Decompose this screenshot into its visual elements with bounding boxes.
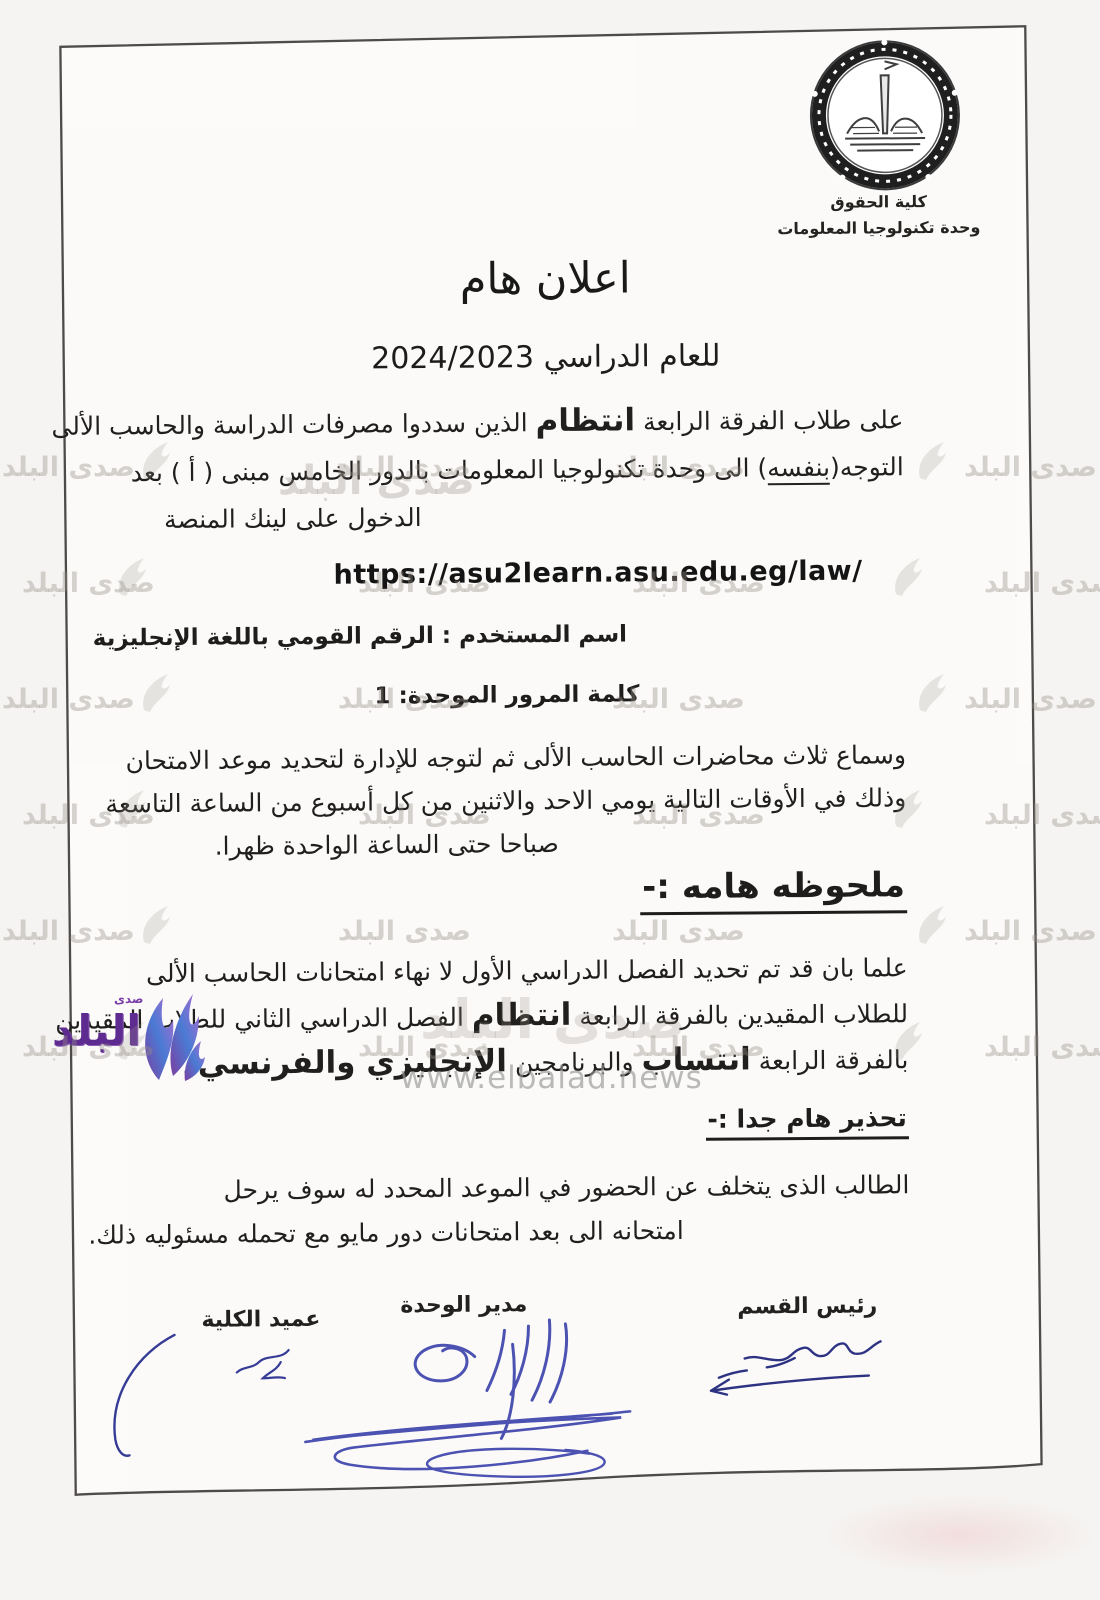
text-line: صباحا حتى الساعة الواحدة ظهرا. bbox=[166, 819, 906, 868]
text-line: وذلك في الأوقات التالية يومي الاحد والاث… bbox=[166, 776, 906, 825]
text-line: بالفرقة الرابعة انتساب والبرنامجين الإنج… bbox=[164, 1036, 908, 1088]
paragraph-schedule: وسماع ثلاث محاضرات الحاسب الألى ثم لتوجه… bbox=[166, 733, 907, 868]
text-line: على طلاب الفرقة الرابعة انتظام الذين سدد… bbox=[163, 395, 903, 449]
important-note-heading: ملحوظه هامه :- bbox=[640, 865, 907, 915]
announcement-title: اعلان هام bbox=[62, 250, 1028, 308]
text-line: وسماع ثلاث محاضرات الحاسب الألى ثم لتوجه… bbox=[166, 733, 906, 782]
text-line: للطلاب المقيدين بالفرقة الرابعة انتظام ا… bbox=[164, 990, 908, 1042]
signature-label-unit-director: مدير الوحدة bbox=[400, 1292, 527, 1318]
text-line: علما بان قد تم تحديد الفصل الدراسي الأول… bbox=[163, 945, 907, 996]
paragraph-warning: الطالب الذى يتخلف عن الحضور في الموعد ال… bbox=[165, 1163, 910, 1257]
paragraph-intro: على طلاب الفرقة الرابعة انتظام الذين سدد… bbox=[163, 395, 904, 543]
warning-heading: تحذير هام جدا :- bbox=[705, 1103, 909, 1141]
paragraph-note: علما بان قد تم تحديد الفصل الدراسي الأول… bbox=[163, 945, 908, 1088]
signature-label-dean: عميد الكلية bbox=[201, 1307, 320, 1333]
seal-caption: كلية الحقوق وحدة تكنولوجيا المعلومات bbox=[764, 188, 994, 242]
text-line: التوجه(بنفسه) الى وحدة تكنولوجيا المعلوم… bbox=[164, 443, 904, 496]
academic-year-subtitle: للعام الدراسي 2024/2023 bbox=[63, 336, 1029, 379]
username-line: اسم المستخدم : الرقم القومي باللغة الإنج… bbox=[93, 621, 627, 651]
signature-dean bbox=[114, 1334, 290, 1456]
text-line: الدخول على لينك المنصة bbox=[164, 490, 904, 543]
faculty-name: كلية الحقوق bbox=[764, 188, 994, 216]
it-unit-name: وحدة تكنولوجيا المعلومات bbox=[764, 214, 994, 242]
text-line: امتحانه الى بعد امتحانات دور مايو مع تحم… bbox=[166, 1207, 910, 1257]
signature-department-head bbox=[711, 1341, 881, 1394]
text-line: الطالب الذى يتخلف عن الحضور في الموعد ال… bbox=[165, 1163, 909, 1213]
scanned-page: كلية الحقوق وحدة تكنولوجيا المعلومات اعل… bbox=[0, 0, 1100, 1600]
password-line: كلمة المرور الموحدة: 1 bbox=[374, 681, 639, 709]
signature-label-department-head: رئيس القسم bbox=[737, 1293, 877, 1319]
university-seal-icon bbox=[794, 25, 975, 206]
signature-unit-director bbox=[304, 1319, 630, 1478]
scanned-announcement: { "header": { "faculty": "كلية الحقوق", … bbox=[0, 0, 1100, 1600]
platform-url[interactable]: https://asu2learn.asu.edu.eg/law/ bbox=[333, 556, 862, 591]
